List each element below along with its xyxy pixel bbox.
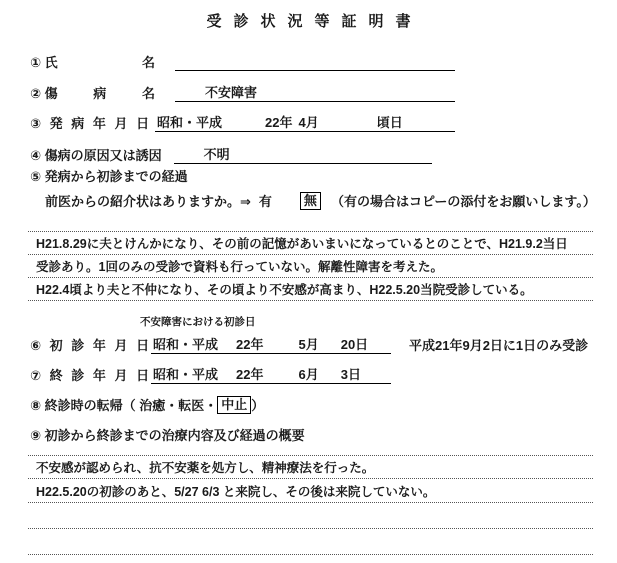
course-section-label: ⑤ 発病から初診までの経過 xyxy=(30,166,188,185)
cause-field-row: ④ 傷病の原因又は誘因 不明 xyxy=(30,142,432,164)
outcome-label-prefix: ⑧ 終診時の転帰（ 治癒・転医・ xyxy=(30,395,217,414)
disease-name-field-input[interactable]: 不安障害 xyxy=(175,82,455,102)
last-visit-day: 3日 xyxy=(341,364,361,383)
document-title: 受診状況等証明書 xyxy=(0,10,617,31)
first-visit-month: 5月 xyxy=(298,334,318,353)
outcome-label-suffix: ） xyxy=(251,395,264,414)
onset-date-field-row: ③ 発 病 年 月 日 昭和・平成 22年 4月 頃日 xyxy=(30,110,455,132)
onset-course-textarea[interactable]: H21.8.29に夫とけんかになり、その前の記憶があいまいになっているとのことで… xyxy=(28,231,593,301)
disease-name-field-label: ② 傷 病 名 xyxy=(30,83,155,102)
treatment-summary-line-text: H22.5.20の初診のあと、5/27 6/3 と来院し、その後は来院していない… xyxy=(36,482,435,500)
onset-date-year: 22年 xyxy=(265,112,292,131)
outcome-selected-option[interactable]: 中止 xyxy=(217,396,251,414)
cause-field-value: 不明 xyxy=(204,144,230,163)
name-field-label-right: 名 xyxy=(142,52,155,71)
treatment-summary-line xyxy=(28,529,593,555)
onset-date-day: 頃日 xyxy=(377,112,403,131)
onset-date-field-label: ③ 発 病 年 月 日 xyxy=(30,113,155,132)
onset-date-field-input[interactable]: 昭和・平成 22年 4月 頃日 xyxy=(155,112,455,132)
referral-question-label: 前医からの紹介状はありますか。⇒ xyxy=(45,191,251,210)
disease-name-field-row: ② 傷 病 名 不安障害 xyxy=(30,80,455,102)
first-visit-date-field-row: ⑥ 初 診 年 月 日 昭和・平成 22年 5月 20日 平成21年9月2日に1… xyxy=(30,332,588,354)
disease-name-value: 不安障害 xyxy=(205,82,257,101)
last-visit-date-input[interactable]: 昭和・平成 22年 6月 3日 xyxy=(151,364,391,384)
disease-label-left: ② 傷 xyxy=(30,83,58,102)
onset-course-line-text: 受診あり。1回のみの受診で資料も行っていない。解離性障害を考えた。 xyxy=(36,257,443,275)
treatment-summary-line xyxy=(28,503,593,529)
first-visit-era: 昭和・平成 xyxy=(153,334,218,353)
course-section-header: ⑤ 発病から初診までの経過 xyxy=(30,165,188,185)
treatment-summary-line-text: 不安感が認められ、抗不安薬を処方し、精神療法を行った。 xyxy=(36,458,374,476)
referral-question-row: 前医からの紹介状はありますか。⇒ 有 無 （有の場合はコピーの添付をお願いします… xyxy=(45,188,596,210)
first-visit-day: 20日 xyxy=(341,334,368,353)
name-field-label-left: ① 氏 xyxy=(30,52,58,71)
treatment-summary-header: ⑨ 初診から終診までの治療内容及び経過の概要 xyxy=(30,424,305,444)
cause-field-input[interactable]: 不明 xyxy=(174,144,432,164)
onset-course-line: H22.4頃より夫と不仲になり、その頃より不安感が高まり、H22.5.20当院受… xyxy=(28,278,593,301)
disease-label-mid: 病 xyxy=(93,83,106,102)
name-field-label: ① 氏 名 xyxy=(30,52,155,71)
first-visit-date-input[interactable]: 昭和・平成 22年 5月 20日 xyxy=(151,334,391,354)
last-visit-month: 6月 xyxy=(298,364,318,383)
outcome-field-row: ⑧ 終診時の転帰（ 治癒・転医・ 中止 ） xyxy=(30,392,264,414)
name-field-input[interactable] xyxy=(175,51,455,71)
certificate-page: 受診状況等証明書 ① 氏 名 ② 傷 病 名 不安障害 ③ 発 病 年 月 日 … xyxy=(0,0,617,563)
onset-date-month: 4月 xyxy=(298,112,318,131)
disease-label-right: 名 xyxy=(142,83,155,102)
first-visit-date-label: ⑥ 初 診 年 月 日 xyxy=(30,335,148,354)
last-visit-era: 昭和・平成 xyxy=(153,364,218,383)
last-visit-date-label: ⑦ 終 診 年 月 日 xyxy=(30,365,148,384)
last-visit-year: 22年 xyxy=(236,364,263,383)
treatment-summary-textarea[interactable]: 不安感が認められ、抗不安薬を処方し、精神療法を行った。 H22.5.20の初診の… xyxy=(28,455,593,555)
treatment-summary-line: 不安感が認められ、抗不安薬を処方し、精神療法を行った。 xyxy=(28,456,593,479)
onset-course-line-text: H22.4頃より夫と不仲になり、その頃より不安感が高まり、H22.5.20当院受… xyxy=(36,280,533,298)
first-visit-year: 22年 xyxy=(236,334,263,353)
referral-copy-note: （有の場合はコピーの添付をお願いします。） xyxy=(331,191,596,210)
treatment-summary-label: ⑨ 初診から終診までの治療内容及び経過の概要 xyxy=(30,425,305,444)
last-visit-date-field-row: ⑦ 終 診 年 月 日 昭和・平成 22年 6月 3日 xyxy=(30,362,391,384)
onset-date-era: 昭和・平成 xyxy=(157,112,222,131)
onset-course-line: 受診あり。1回のみの受診で資料も行っていない。解離性障害を考えた。 xyxy=(28,255,593,278)
name-field-row: ① 氏 名 xyxy=(30,49,455,71)
onset-course-line: H21.8.29に夫とけんかになり、その前の記憶があいまいになっているとのことで… xyxy=(28,232,593,255)
onset-course-line-text: H21.8.29に夫とけんかになり、その前の記憶があいまいになっているとのことで… xyxy=(36,234,568,252)
first-visit-side-note: 平成21年9月2日に1日のみ受診 xyxy=(409,335,588,354)
treatment-summary-line: H22.5.20の初診のあと、5/27 6/3 と来院し、その後は来院していない… xyxy=(28,479,593,503)
cause-field-label: ④ 傷病の原因又は誘因 xyxy=(30,145,162,164)
referral-option-yes[interactable]: 有 xyxy=(259,191,272,210)
first-visit-annotation: 不安障害における初診日 xyxy=(140,314,256,329)
referral-option-no-selected[interactable]: 無 xyxy=(300,192,321,210)
